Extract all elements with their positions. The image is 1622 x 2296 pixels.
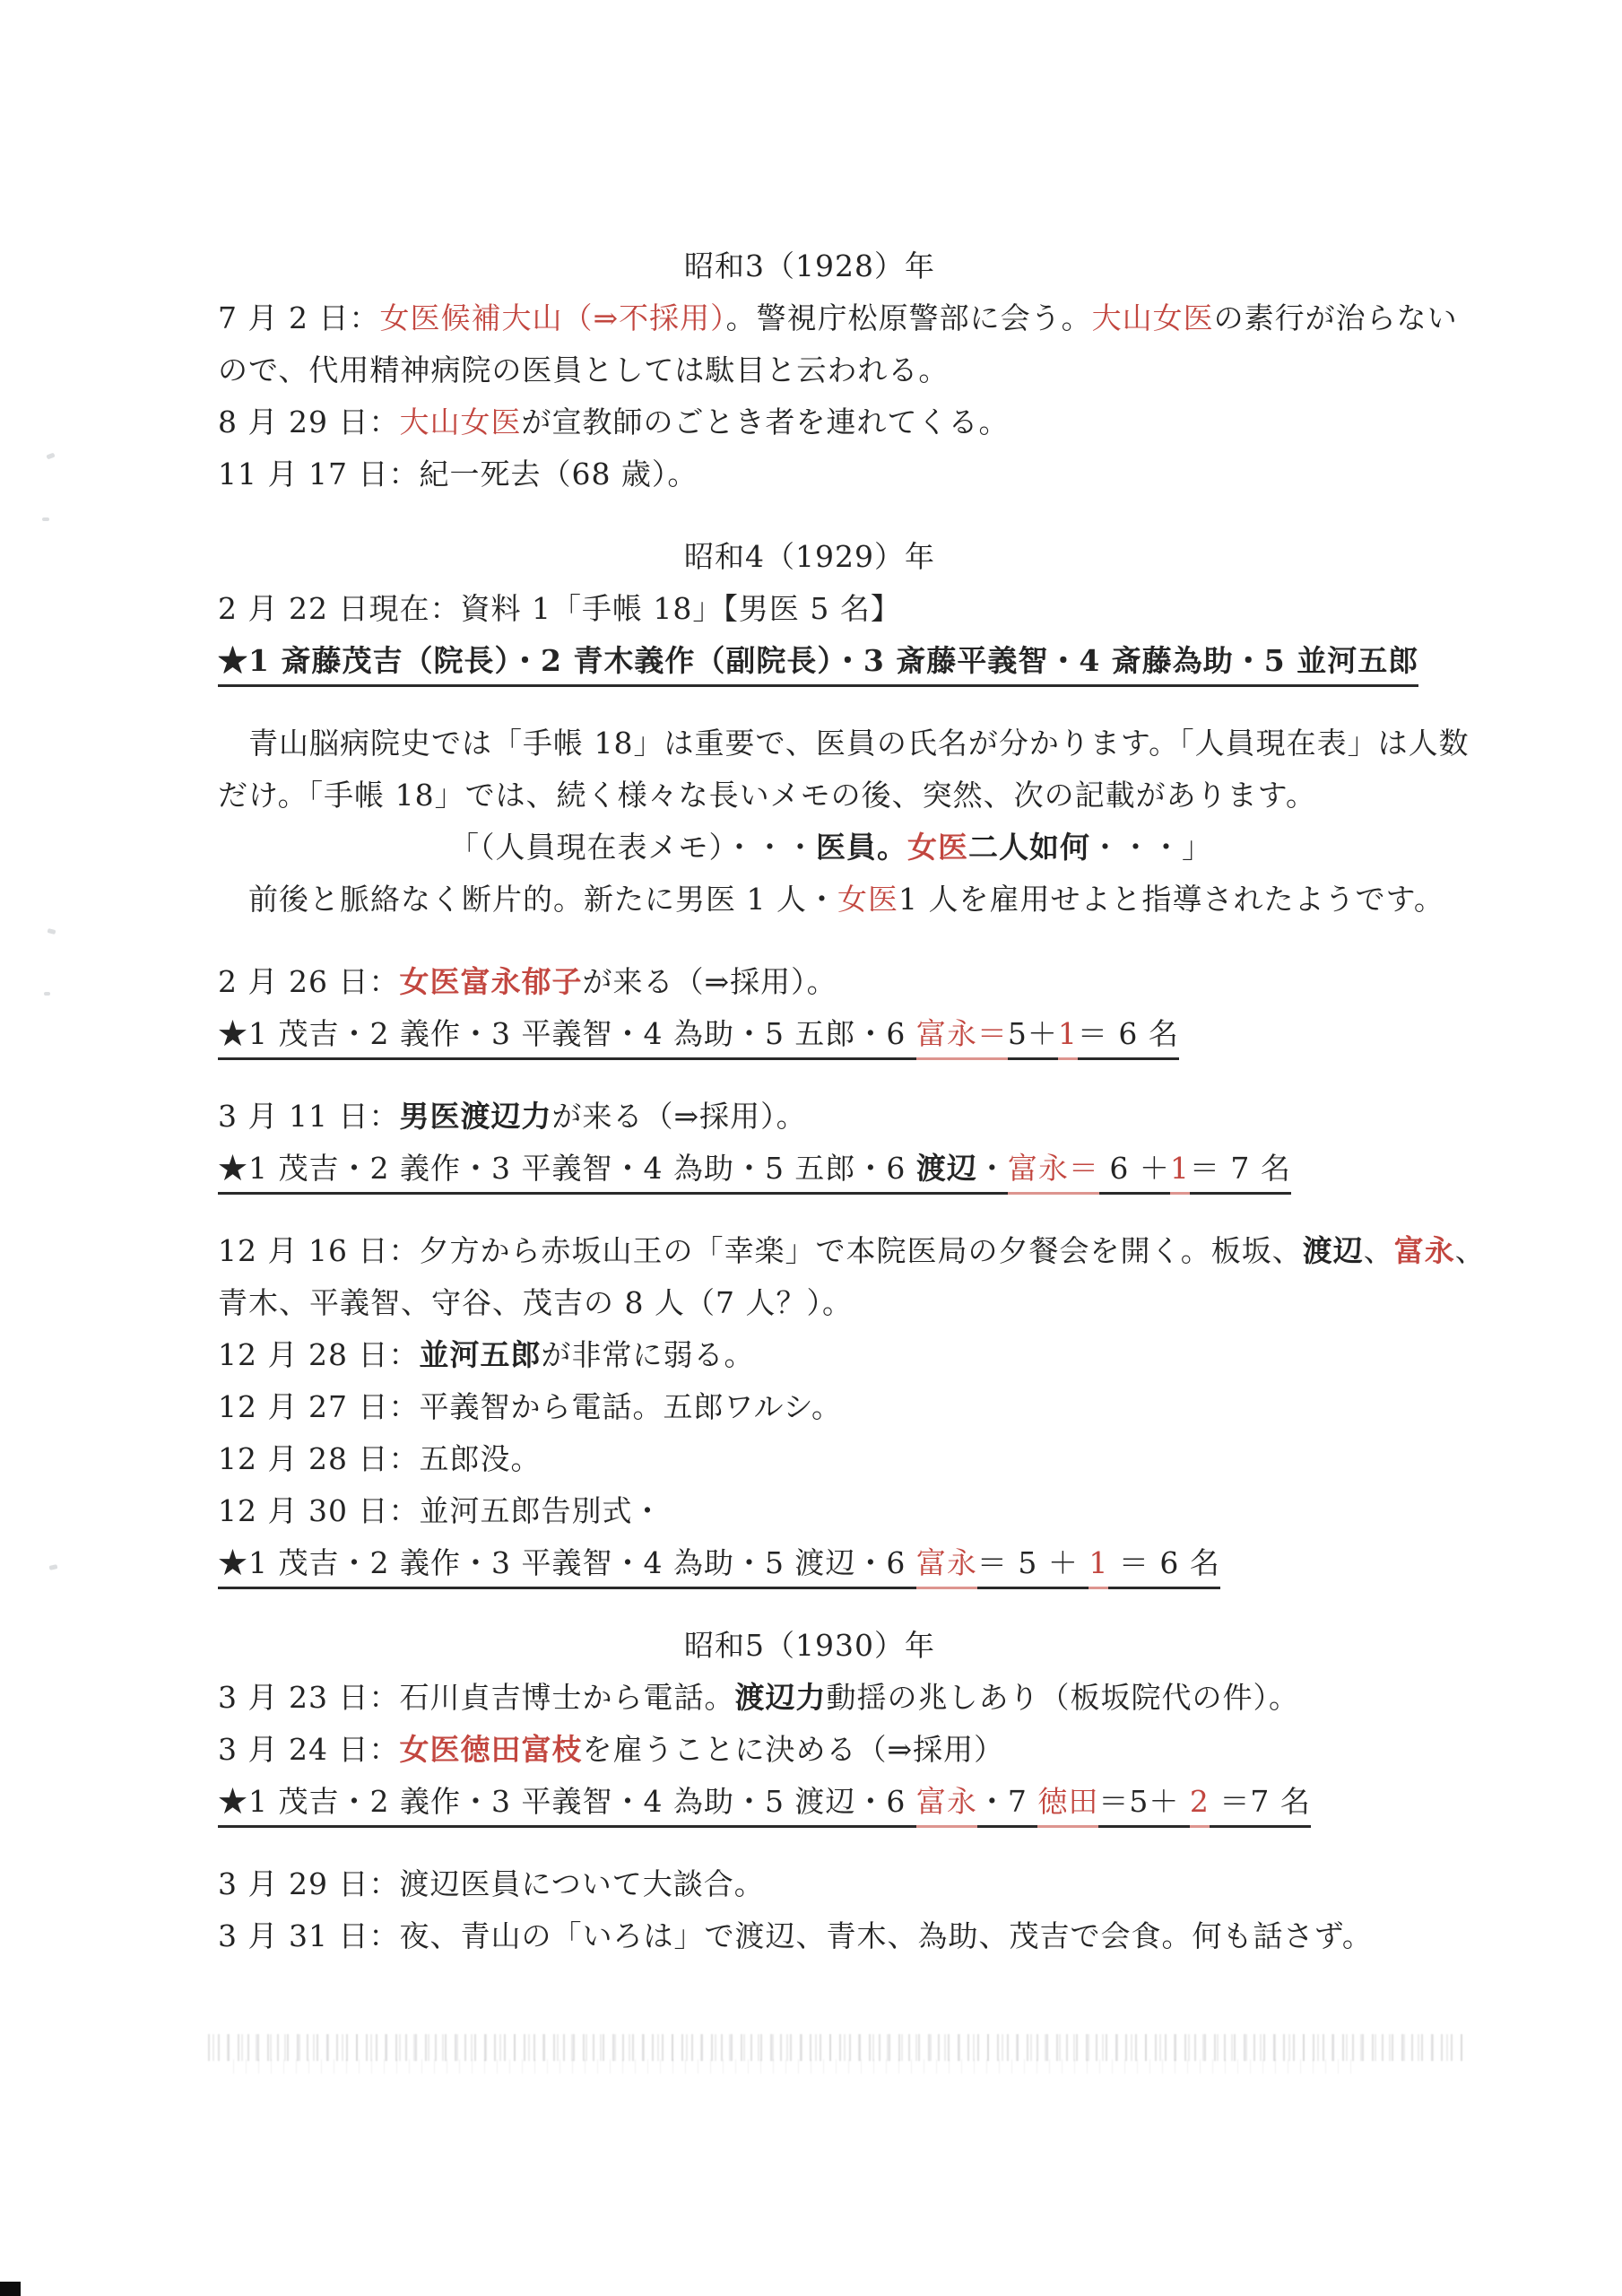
text-segment: 7 月 2 日： [218, 300, 379, 335]
text-segment: 12 月 16 日：夕方から赤坂山王の「幸楽」で本院医局の夕餐会を開く。板坂、 [218, 1233, 1303, 1268]
text-line: だけ。「手帳 18」では、続く様々な長いメモの後、突然、次の記載があります。 [218, 770, 1401, 822]
text-segment: 1 [1058, 1016, 1078, 1060]
text-segment: 大山女医 [399, 404, 521, 439]
text-segment: 6 ＋ [1099, 1151, 1170, 1195]
text-line: ので、代用精神病院の医員としては駄目と云われる。 [218, 344, 1401, 396]
text-segment: 青山脳病院史では「手帳 18」は重要で、医員の氏名が分かります。「人員現在表」は… [218, 726, 1470, 761]
text-segment: ・7 [977, 1784, 1038, 1828]
text-line: 12 月 28 日：並河五郎が非常に弱る。 [218, 1329, 1401, 1381]
roster-line: ★1 茂吉・2 義作・3 平義智・4 為助・5 五郎・6 富永＝5＋1＝ 6 名 [218, 1008, 1401, 1060]
text-segment: 女医徳田富枝 [399, 1732, 582, 1767]
text-segment: 5＋ [1008, 1016, 1058, 1060]
text-line: 2 月 26 日：女医富永郁子が来る（⇒採用）。 [218, 956, 1401, 1008]
text-segment: を雇うことに決める（⇒採用） [582, 1732, 1004, 1767]
text-segment: 3 月 24 日： [218, 1732, 399, 1767]
text-line: 11 月 17 日：紀一死去（68 歳）。 [218, 448, 1401, 500]
blank-line [218, 1828, 1401, 1858]
quote-line: 「（人員現在表メモ）・・・医員。女医二人如何・・・」 [218, 822, 1401, 874]
text-segment: 12 月 28 日： [218, 1337, 419, 1372]
text-segment: 渡辺 [916, 1151, 977, 1195]
text-segment: ＝ 6 名 [1108, 1545, 1219, 1589]
text-segment: が宣教師のごとき者を連れてくる。 [521, 404, 1009, 439]
text-segment: 女医富永郁子 [399, 964, 582, 999]
text-segment: の素行が治らない [1214, 300, 1458, 335]
text-segment: ＝ 6 名 [1078, 1016, 1179, 1060]
text-segment: 渡辺力 [734, 1680, 826, 1715]
text-segment: 1 [1170, 1151, 1190, 1195]
text-segment: 、 [1455, 1233, 1486, 1268]
section-heading: 昭和5（1930）年 [218, 1620, 1401, 1672]
text-segment: ★1 茂吉・2 義作・3 平義智・4 為助・5 五郎・6 [218, 1016, 916, 1060]
roster-line: ★1 斎藤茂吉（院長）・2 青木義作（副院長）・3 斎藤平義智・4 斎藤為助・5… [218, 635, 1401, 687]
text-line: 3 月 11 日：男医渡辺力が来る（⇒採用）。 [218, 1091, 1401, 1143]
text-segment: 富永 [1394, 1233, 1455, 1268]
text-line: 3 月 31 日：夜、青山の「いろは」で渡辺、青木、為助、茂吉で会食。何も話さず… [218, 1910, 1401, 1962]
scanned-document-page: 昭和3（1928）年7 月 2 日：女医候補大山（⇒不採用）。警視庁松原警部に会… [0, 0, 1622, 2296]
text-line: 前後と脈絡なく断片的。新たに男医 1 人・女医1 人を雇用せよと指導されたようで… [218, 874, 1401, 926]
text-segment: ★1 茂吉・2 義作・3 平義智・4 為助・5 渡辺・6 [218, 1545, 916, 1589]
text-segment: ので、代用精神病院の医員としては駄目と云われる。 [218, 352, 949, 387]
text-line: 青山脳病院史では「手帳 18」は重要で、医員の氏名が分かります。「人員現在表」は… [218, 717, 1401, 770]
text-segment: 前後と脈絡なく断片的。新たに男医 1 人・ [218, 882, 837, 917]
text-line: 12 月 30 日：並河五郎告別式・ [218, 1485, 1401, 1537]
text-segment: ＝5＋ [1098, 1784, 1190, 1828]
text-segment: 「（人員現在表メモ）・・・ [449, 830, 816, 865]
text-segment: 昭和4（1929）年 [684, 539, 935, 574]
text-segment: 1 [1089, 1545, 1108, 1589]
blank-line [218, 687, 1401, 717]
text-segment: 8 月 29 日： [218, 404, 399, 439]
scan-margin-speck [49, 1564, 58, 1570]
text-segment: 2 月 22 日現在：資料 1「手帳 18」【男医 5 名】 [218, 591, 901, 626]
text-segment: 男医渡辺力 [399, 1099, 551, 1134]
text-segment: 2 月 26 日： [218, 964, 399, 999]
text-segment: 二人如何 [968, 830, 1090, 865]
text-line: 3 月 29 日：渡辺医員について大談合。 [218, 1858, 1401, 1910]
text-segment: 11 月 17 日：紀一死去（68 歳）。 [218, 457, 698, 491]
text-line: 12 月 27 日：平義智から電話。五郎ワルシ。 [218, 1381, 1401, 1433]
text-segment: 2 [1190, 1784, 1210, 1828]
text-segment: ・・・」 [1090, 830, 1212, 865]
text-segment: 3 月 29 日：渡辺医員について大談合。 [218, 1866, 765, 1901]
document-content: 昭和3（1928）年7 月 2 日：女医候補大山（⇒不採用）。警視庁松原警部に会… [218, 240, 1401, 1962]
text-segment: ＝ 5 ＋ [977, 1545, 1089, 1589]
text-segment: 女医 [907, 830, 968, 865]
scan-noise-band [208, 2034, 1470, 2061]
text-segment: 12 月 30 日：並河五郎告別式・ [218, 1493, 663, 1528]
text-segment: が非常に弱る。 [541, 1337, 754, 1372]
text-line: 3 月 24 日：女医徳田富枝を雇うことに決める（⇒採用） [218, 1724, 1401, 1776]
blank-line [218, 500, 1401, 531]
text-segment: 医員。 [816, 830, 907, 865]
scan-margin-speck [48, 928, 56, 935]
text-segment: ★1 斎藤茂吉（院長）・2 青木義作（副院長）・3 斎藤平義智・4 斎藤為助・5… [218, 643, 1418, 687]
text-segment: 青木、平義智、守谷、茂吉の 8 人（7 人？）。 [218, 1285, 853, 1320]
text-segment: 富永 [916, 1545, 977, 1589]
scan-noise-band-2 [233, 2059, 1353, 2074]
text-line: 青木、平義智、守谷、茂吉の 8 人（7 人？）。 [218, 1277, 1401, 1329]
text-segment: が来る（⇒採用）。 [551, 1099, 806, 1134]
text-segment: 3 月 11 日： [218, 1099, 399, 1134]
text-line: 12 月 16 日：夕方から赤坂山王の「幸楽」で本院医局の夕餐会を開く。板坂、渡… [218, 1225, 1401, 1277]
text-segment: が来る（⇒採用）。 [582, 964, 837, 999]
text-segment: 渡辺 [1303, 1233, 1364, 1268]
text-segment: 12 月 28 日：五郎没。 [218, 1441, 541, 1476]
text-segment: 昭和5（1930）年 [684, 1628, 935, 1663]
text-segment: ★1 茂吉・2 義作・3 平義智・4 為助・5 五郎・6 [218, 1151, 916, 1195]
scan-margin-speck [46, 453, 55, 460]
text-segment: ＝ 7 名 [1190, 1151, 1291, 1195]
text-line: 12 月 28 日：五郎没。 [218, 1433, 1401, 1485]
text-segment: 大山女医 [1092, 300, 1214, 335]
scan-margin-speck [44, 992, 50, 996]
blank-line [218, 1060, 1401, 1091]
blank-line [218, 1589, 1401, 1620]
text-line: 8 月 29 日：大山女医が宣教師のごとき者を連れてくる。 [218, 396, 1401, 448]
text-segment: 富永＝ [1008, 1151, 1099, 1195]
roster-line: ★1 茂吉・2 義作・3 平義智・4 為助・5 五郎・6 渡辺・富永＝ 6 ＋1… [218, 1143, 1401, 1195]
text-segment: 徳田 [1037, 1784, 1098, 1828]
text-segment: 女医 [837, 882, 898, 917]
text-segment: 3 月 23 日：石川貞吉博士から電話。 [218, 1680, 734, 1715]
text-segment: ・ [977, 1151, 1008, 1195]
blank-line [218, 926, 1401, 956]
text-segment: 動揺の兆しあり（板坂院代の件）。 [826, 1680, 1299, 1715]
text-segment: 女医候補大山（⇒不採用） [379, 300, 725, 335]
text-segment: 、 [1364, 1233, 1394, 1268]
section-heading: 昭和4（1929）年 [218, 531, 1401, 583]
scan-margin-speck [42, 517, 49, 521]
text-segment: 昭和3（1928）年 [684, 248, 935, 283]
text-segment: 12 月 27 日：平義智から電話。五郎ワルシ。 [218, 1389, 842, 1424]
text-segment: 3 月 31 日：夜、青山の「いろは」で渡辺、青木、為助、茂吉で会食。何も話さず… [218, 1918, 1373, 1953]
text-line: 3 月 23 日：石川貞吉博士から電話。渡辺力動揺の兆しあり（板坂院代の件）。 [218, 1672, 1401, 1724]
section-heading: 昭和3（1928）年 [218, 240, 1401, 292]
roster-line: ★1 茂吉・2 義作・3 平義智・4 為助・5 渡辺・6 富永＝ 5 ＋ 1 ＝… [218, 1537, 1401, 1589]
text-segment: 並河五郎 [419, 1337, 541, 1372]
text-segment: 富永＝ [916, 1016, 1008, 1060]
text-segment: だけ。「手帳 18」では、続く様々な長いメモの後、突然、次の記載があります。 [218, 778, 1316, 813]
roster-line: ★1 茂吉・2 義作・3 平義智・4 為助・5 渡辺・6 富永・7 徳田＝5＋ … [218, 1776, 1401, 1828]
text-segment: ★1 茂吉・2 義作・3 平義智・4 為助・5 渡辺・6 [218, 1784, 916, 1828]
scan-corner-artifact [0, 2282, 21, 2296]
text-segment: 。警視庁松原警部に会う。 [726, 300, 1092, 335]
text-segment: 富永 [916, 1784, 977, 1828]
blank-line [218, 1195, 1401, 1225]
text-segment: ＝7 名 [1210, 1784, 1311, 1828]
text-line: 2 月 22 日現在：資料 1「手帳 18」【男医 5 名】 [218, 583, 1401, 635]
text-segment: 1 人を雇用せよと指導されたようです。 [898, 882, 1444, 917]
text-line: 7 月 2 日：女医候補大山（⇒不採用）。警視庁松原警部に会う。大山女医の素行が… [218, 292, 1401, 344]
